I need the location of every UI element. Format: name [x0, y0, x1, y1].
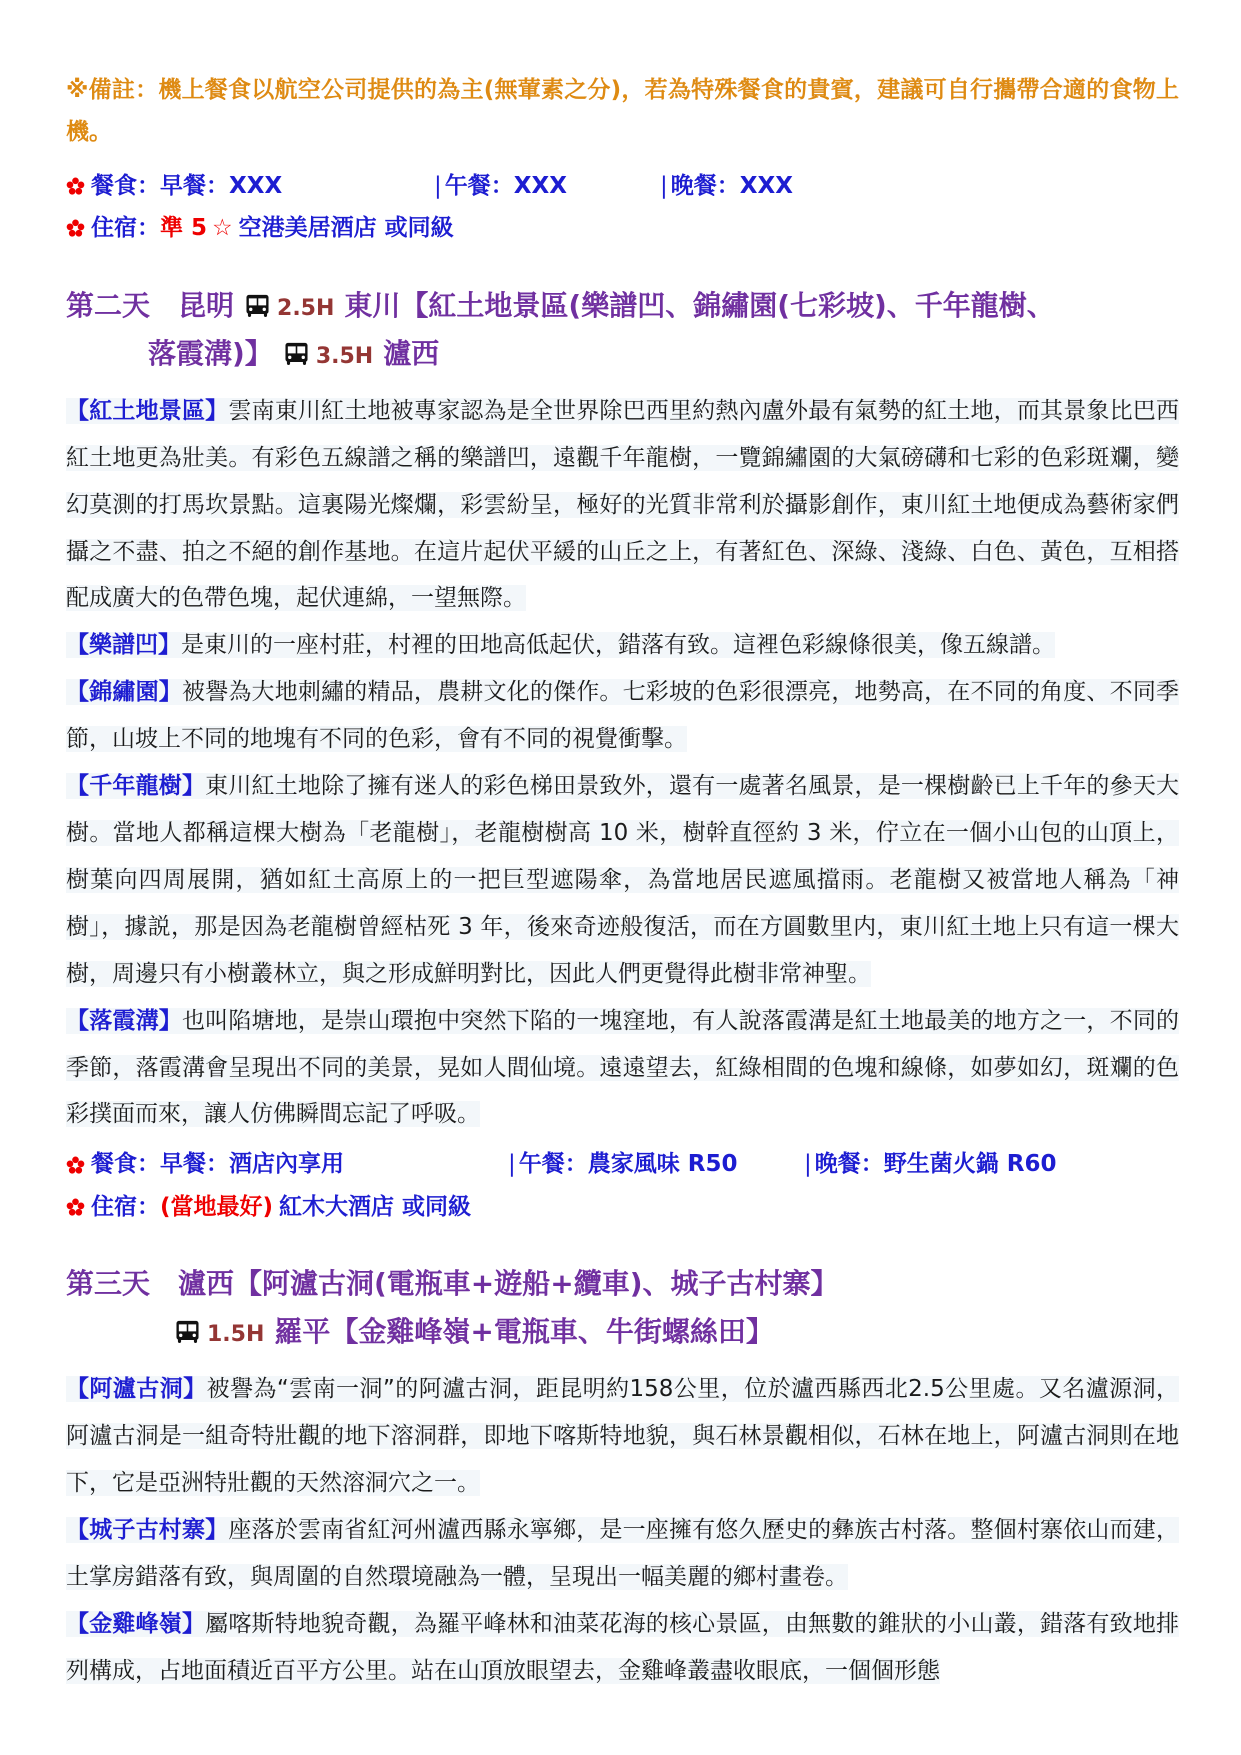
day2-dinner-value: 晚餐：野生菌火鍋 R60 — [815, 1144, 1057, 1185]
flower-bullet-icon — [66, 1156, 85, 1175]
section-label: 【千年龍樹】 — [66, 773, 205, 799]
separator: | — [434, 166, 442, 207]
section-text: 被譽為大地刺繡的精品，農耕文化的傑作。七彩坡的色彩很漂亮，地勢高，在不同的角度、… — [66, 679, 1179, 752]
day1-hotel-label: 住宿： — [91, 208, 160, 249]
separator: | — [804, 1144, 812, 1185]
bus-icon — [174, 1318, 201, 1345]
bus-icon — [283, 340, 310, 367]
flower-bullet-icon — [66, 1198, 85, 1217]
drive-hours: 3.5H — [316, 344, 373, 369]
section-yuepuao: 【樂譜凹】是東川的一座村莊，村裡的田地高低起伏，錯落有致。這裡色彩線條很美，像五… — [66, 622, 1179, 669]
section-luoxiagou: 【落霞溝】也叫陷塘地，是崇山環抱中突然下陷的一塊窪地，有人說落霞溝是紅土地最美的… — [66, 998, 1179, 1139]
day2-breakfast: 餐食：早餐：酒店內享用 — [66, 1144, 508, 1185]
day2-lunch-value: 午餐：農家風味 R50 — [519, 1144, 738, 1185]
day3-title-dest: 羅平【金雞峰嶺+電瓶車、牛街螺絲田】 — [274, 1315, 773, 1348]
day2-title: 第二天 昆明2.5H東川【紅土地景區(樂譜凹、錦繡園(七彩坡)、千年龍樹、 落霞… — [66, 282, 1179, 378]
section-label: 【錦繡園】 — [66, 679, 182, 705]
day2-hotel-label: 住宿： — [91, 1187, 160, 1228]
hotel-note-best-local: (當地最好) — [160, 1187, 273, 1228]
day2-lunch: |午餐：農家風味 R50 — [508, 1144, 804, 1185]
star-icon: ☆ — [212, 208, 233, 249]
separator: | — [508, 1144, 516, 1185]
section-text: 是東川的一座村莊，村裡的田地高低起伏，錯落有致。這裡色彩線條很美，像五線譜。 — [181, 632, 1055, 658]
separator: | — [660, 166, 668, 207]
day1-lunch: |午餐：XXX — [434, 166, 660, 207]
section-text: 雲南東川紅土地被專家認為是全世界除巴西里約熱內盧外最有氣勢的紅土地，而其景象比巴… — [66, 398, 1179, 612]
section-text: 被譽為“雲南一洞”的阿瀘古洞，距昆明約158公里，位於瀘西縣西北2.5公里處。又… — [66, 1376, 1179, 1496]
section-label: 【落霞溝】 — [66, 1008, 182, 1034]
section-text: 屬喀斯特地貌奇觀，為羅平峰林和油菜花海的核心景區，由無數的錐狀的小山叢，錯落有致… — [66, 1611, 1179, 1684]
day2-title-line2: 落霞溝)】3.5H瀘西 — [66, 330, 1179, 378]
bus-icon — [244, 292, 271, 319]
section-text: 也叫陷塘地，是崇山環抱中突然下陷的一塊窪地，有人說落霞溝是紅土地最美的地方之一，… — [66, 1008, 1179, 1128]
day1-hotel-row: 住宿：準 5☆空港美居酒店 或同級 — [66, 208, 1179, 249]
flower-bullet-icon — [66, 219, 85, 238]
section-hongtudi: 【紅土地景區】雲南東川紅土地被專家認為是全世界除巴西里約熱內盧外最有氣勢的紅土地… — [66, 388, 1179, 623]
day2-meals-row: 餐食：早餐：酒店內享用 |午餐：農家風味 R50 |晚餐：野生菌火鍋 R60 — [66, 1144, 1179, 1185]
section-jinxiuyuan: 【錦繡園】被譽為大地刺繡的精品，農耕文化的傑作。七彩坡的色彩很漂亮，地勢高，在不… — [66, 669, 1179, 763]
day2-hotel: 住宿：(當地最好)紅木大酒店 或同級 — [66, 1187, 471, 1228]
hotel-grade: 準 5 — [160, 208, 207, 249]
day3-title-line1: 第三天 瀘西【阿瀘古洞(電瓶車+遊船+纜車)、城子古村寨】 — [66, 1260, 1179, 1308]
section-jinjifengling: 【金雞峰嶺】屬喀斯特地貌奇觀，為羅平峰林和油菜花海的核心景區，由無數的錐狀的小山… — [66, 1601, 1179, 1695]
day3-title-line2: 1.5H羅平【金雞峰嶺+電瓶車、牛街螺絲田】 — [66, 1308, 1179, 1356]
day2-meals-label: 餐食： — [91, 1144, 160, 1185]
section-label: 【樂譜凹】 — [66, 632, 181, 658]
day1-meals-row: 餐食：早餐：XXX |午餐：XXX |晚餐：XXX — [66, 166, 1179, 207]
section-text: 東川紅土地除了擁有迷人的彩色梯田景致外，還有一處著名風景，是一棵樹齡已上千年的參… — [66, 773, 1179, 987]
drive-hours: 1.5H — [207, 1322, 264, 1347]
day2-title-prefix: 第二天 昆明 — [66, 289, 234, 322]
drive-hours: 2.5H — [277, 296, 334, 321]
section-label: 【金雞峰嶺】 — [66, 1611, 205, 1637]
day2-title-main: 東川【紅土地景區(樂譜凹、錦繡園(七彩坡)、千年龍樹、 — [344, 289, 1054, 322]
day1-dinner: |晚餐：XXX — [660, 166, 793, 207]
day1-meals-label: 餐食： — [91, 166, 160, 207]
section-alugudong: 【阿瀘古洞】被譽為“雲南一洞”的阿瀘古洞，距昆明約158公里，位於瀘西縣西北2.… — [66, 1366, 1179, 1507]
day1-lunch-value: 午餐：XXX — [445, 166, 567, 207]
day2-title-cont: 落霞溝)】 — [148, 337, 273, 370]
flight-meal-note: ※備註：機上餐食以航空公司提供的為主(無葷素之分)，若為特殊餐食的貴賓，建議可自… — [66, 70, 1179, 154]
day1-breakfast-value: 早餐：XXX — [160, 166, 282, 207]
itinerary-page: ※備註：機上餐食以航空公司提供的為主(無葷素之分)，若為特殊餐食的貴賓，建議可自… — [0, 0, 1241, 1725]
day1-hotel: 住宿：準 5☆空港美居酒店 或同級 — [66, 208, 454, 249]
day2-hotel-name: 紅木大酒店 或同級 — [279, 1187, 471, 1228]
day1-hotel-name: 空港美居酒店 或同級 — [239, 208, 454, 249]
day1-dinner-value: 晚餐：XXX — [671, 166, 793, 207]
day2-title-line1: 第二天 昆明2.5H東川【紅土地景區(樂譜凹、錦繡園(七彩坡)、千年龍樹、 — [66, 282, 1179, 330]
day3-title: 第三天 瀘西【阿瀘古洞(電瓶車+遊船+纜車)、城子古村寨】 1.5H羅平【金雞峰… — [66, 1260, 1179, 1356]
section-label: 【紅土地景區】 — [66, 398, 228, 424]
section-text: 座落於雲南省紅河州瀘西縣永寧鄉，是一座擁有悠久歷史的彝族古村落。整個村寨依山而建… — [66, 1517, 1179, 1590]
day1-breakfast: 餐食：早餐：XXX — [66, 166, 434, 207]
section-chengzigucunzhai: 【城子古村寨】座落於雲南省紅河州瀘西縣永寧鄉，是一座擁有悠久歷史的彝族古村落。整… — [66, 1507, 1179, 1601]
section-label: 【城子古村寨】 — [66, 1517, 228, 1543]
section-qiannianlongshu: 【千年龍樹】東川紅土地除了擁有迷人的彩色梯田景致外，還有一處著名風景，是一棵樹齡… — [66, 763, 1179, 998]
day2-hotel-row: 住宿：(當地最好)紅木大酒店 或同級 — [66, 1187, 1179, 1228]
day3-title-main: 第三天 瀘西【阿瀘古洞(電瓶車+遊船+纜車)、城子古村寨】 — [66, 1267, 839, 1300]
day2-breakfast-value: 早餐：酒店內享用 — [160, 1144, 344, 1185]
section-label: 【阿瀘古洞】 — [66, 1376, 207, 1402]
day2-title-dest: 瀘西 — [383, 337, 439, 370]
day2-dinner: |晚餐：野生菌火鍋 R60 — [804, 1144, 1056, 1185]
flower-bullet-icon — [66, 177, 85, 196]
